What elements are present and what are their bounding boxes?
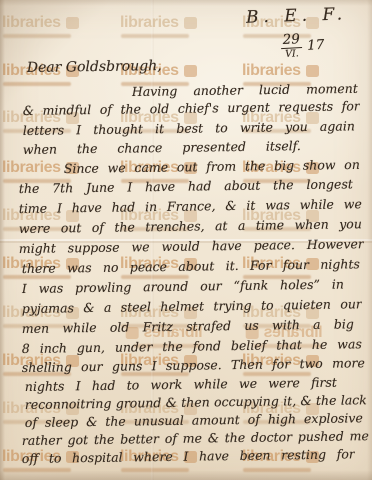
letter-line: I was prowling around our “funk holes” i…: [22, 277, 344, 299]
letterhead-bef: B. E. F.: [246, 4, 348, 28]
letter-content: B. E. F. 29 VI. 17 Dear Goldsbrough,Havi…: [0, 0, 372, 480]
letter-page: librarieslibrarieslibrarieslibrarieslibr…: [0, 0, 372, 480]
letter-line: the 7th June I have had about the longes…: [19, 176, 353, 199]
letter-line: time I have had in France, & it was whil…: [19, 196, 362, 219]
letter-line: were out of the trenches, at a time when…: [19, 216, 362, 239]
letter-line: might suppose we would have peace. Howev…: [19, 236, 364, 259]
letter-date: 29 VI. 17: [280, 32, 325, 60]
letter-line: there was no peace about it. For four ni…: [22, 256, 360, 279]
letter-line: Since we came out from the big show on: [64, 157, 360, 179]
salutation-line: Dear Goldsbrough,: [27, 58, 187, 78]
letter-line: off to hospital where I have been restin…: [22, 446, 355, 469]
letter-line: when the chance presented itself.: [23, 138, 301, 160]
date-year: 17: [307, 37, 325, 54]
letter-line: pyjamas & a steel helmet trying to quiet…: [22, 296, 362, 319]
date-month: VI.: [285, 48, 299, 60]
date-fraction: 29 VI.: [280, 33, 303, 60]
date-day: 29: [280, 33, 302, 49]
letter-line: letters I thought it best to write you a…: [23, 118, 355, 141]
letter-line: men while old Fritz strafed us with a bi…: [22, 316, 354, 339]
letter-line: & mindful of the old chief's urgent requ…: [23, 98, 360, 121]
